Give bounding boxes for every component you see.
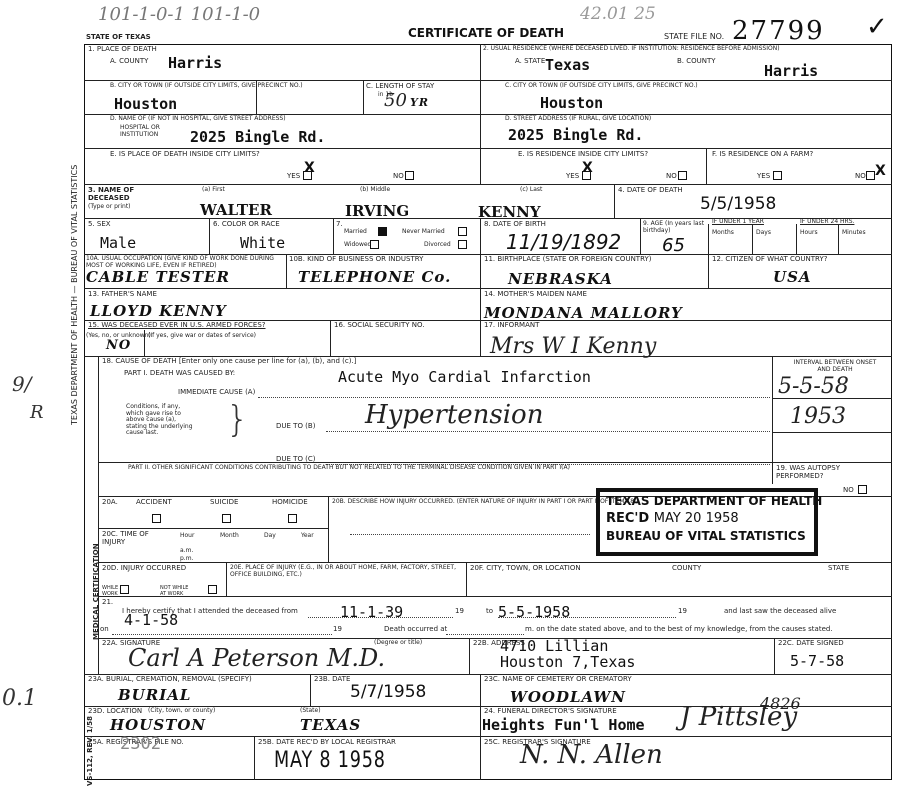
stamp-received-date: MAY 20 1958: [654, 511, 739, 526]
date-signed-label: 22c. DATE SIGNED: [778, 640, 844, 648]
month-label: Month: [220, 533, 239, 540]
location-label: 23d. LOCATION: [88, 708, 142, 716]
burial-date-label: 23b. DATE: [314, 676, 350, 684]
residence-inside-limits-label: e. IS RESIDENCE INSIDE CITY LIMITS?: [518, 151, 648, 159]
accident-label: ACCIDENT: [136, 499, 172, 507]
injury-city-label: 20f. CITY, TOWN, OR LOCATION: [470, 565, 581, 573]
father-label: 13. FATHER'S NAME: [88, 291, 157, 299]
cause-of-death-label: 18. CAUSE OF DEATH [Enter only one cause…: [102, 358, 356, 366]
cemetery: WOODLAWN: [510, 688, 626, 706]
yes-label: YES: [287, 173, 300, 181]
death-inside-limits-label: e. IS PLACE OF DEATH INSIDE CITY LIMITS?: [110, 151, 260, 159]
length-of-stay: 50: [384, 90, 407, 111]
death-city: Houston: [114, 95, 177, 113]
attended-to: 5-5-1958: [498, 603, 570, 621]
never-married-label: Never Married: [402, 229, 445, 236]
injury-state-label: STATE: [828, 565, 849, 573]
year-label: Year: [301, 533, 314, 540]
time-of-injury-label: 20c. TIME OF INJURY: [102, 531, 152, 546]
married-checkbox[interactable]: [378, 227, 387, 236]
place-of-injury-label: 20e. PLACE OF INJURY (e.g., in or about …: [230, 565, 462, 578]
death-city-label: b. CITY OR TOWN (If outside city limits,…: [110, 83, 303, 90]
attended-from: 11-1-39: [340, 603, 403, 621]
autopsy-label: 19. WAS AUTOPSY PERFORMED?: [776, 465, 886, 480]
autopsy-no-checkbox[interactable]: [858, 485, 867, 494]
date-signed: 5-7-58: [790, 652, 844, 670]
while-at-work-checkbox[interactable]: [120, 585, 129, 594]
stamp-received-label: REC'D: [606, 511, 649, 526]
margin-note: 9/: [12, 372, 31, 396]
injury-occurred-label: 20d. INJURY OCCURRED: [102, 565, 186, 573]
department-vertical-text: TEXAS DEPARTMENT OF HEALTH — BUREAU OF V…: [70, 165, 79, 425]
under-year-label: IF UNDER 1 YEAR: [712, 219, 764, 226]
date-of-birth-label: 8. DATE OF BIRTH: [484, 221, 546, 229]
first-name: WALTER: [200, 201, 272, 219]
yes-label: YES: [566, 173, 579, 181]
check-mark-icon: ✓: [866, 12, 888, 42]
funeral-home: Heights Fun'l Home: [482, 716, 645, 734]
address-line-2: Houston 7,Texas: [500, 653, 635, 671]
local-registrar-date-label: 25b. DATE REC'D BY LOCAL REGISTRAR: [258, 739, 396, 747]
death-county: Harris: [168, 54, 222, 72]
armed-forces: NO: [106, 338, 131, 353]
page-title: CERTIFICATE OF DEATH: [408, 26, 564, 40]
middle-name-label: (b) Middle: [360, 187, 390, 194]
homicide-label: HOMICIDE: [272, 499, 308, 507]
county-label: a. COUNTY: [110, 58, 148, 66]
length-of-stay-unit: YR: [410, 96, 429, 109]
yes-label: YES: [757, 173, 770, 181]
autopsy-no-label: NO: [843, 487, 854, 495]
certification-end-text: m. on the date stated above, and to the …: [525, 626, 833, 634]
hospital-label-2: HOSPITAL OR INSTITUTION: [120, 125, 168, 138]
last-saw-text: and last saw the deceased alive: [724, 608, 836, 616]
accident-checkbox[interactable]: [152, 514, 161, 523]
due-to-b: Hypertension: [365, 400, 543, 430]
stamp-line-1: TEXAS DEPARTMENT OF HEALTH: [606, 494, 808, 508]
farm-yes-checkbox[interactable]: [773, 171, 782, 180]
no-label: NO: [855, 173, 866, 181]
due-to-b-label: DUE TO (b): [276, 423, 315, 431]
interval-b: 1953: [790, 404, 846, 429]
usual-residence-label: 2. USUAL RESIDENCE (Where deceased lived…: [483, 46, 780, 53]
suicide-checkbox[interactable]: [222, 514, 231, 523]
citizen: USA: [773, 268, 812, 286]
street-address-label: d. STREET ADDRESS (If rural, give locati…: [505, 116, 651, 123]
immediate-cause-label: IMMEDIATE CAUSE (a): [178, 389, 255, 397]
birthplace: NEBRASKA: [508, 270, 613, 288]
date-of-death-label: 4. DATE OF DEATH: [618, 187, 683, 195]
minutes-label: Minutes: [842, 230, 866, 237]
last-name-label: (c) Last: [520, 187, 542, 194]
widowed-checkbox[interactable]: [370, 240, 379, 249]
widowed-label: Widowed: [344, 242, 371, 249]
immediate-cause: Acute Myo Cardial Infarction: [338, 368, 591, 386]
father-name: LLOYD KENNY: [90, 302, 227, 320]
registrar-file-no: 2302: [120, 734, 161, 754]
hours-label: Hours: [800, 230, 818, 237]
marital-label: 7.: [336, 221, 343, 229]
location-state: TEXAS: [300, 716, 361, 734]
race-label: 6. COLOR OR RACE: [213, 221, 280, 229]
stamp-line-3: BUREAU OF VITAL STATISTICS: [606, 529, 808, 543]
part2-label: PART II. OTHER SIGNIFICANT CONDITIONS CO…: [128, 465, 570, 472]
to-label: to: [486, 608, 493, 616]
residence-county-label: b. COUNTY: [677, 58, 716, 66]
days-label: Days: [756, 230, 771, 237]
am-label: a.m.: [180, 548, 193, 555]
margin-note: R: [30, 402, 44, 423]
first-name-label: (a) First: [202, 187, 225, 194]
under-day-label: IF UNDER 24 HRS.: [800, 219, 854, 226]
date-of-birth: 11/19/1892: [506, 230, 621, 254]
divorced-checkbox[interactable]: [458, 240, 467, 249]
manner-label: 20a.: [102, 499, 118, 507]
street-address: 2025 Bingle Rd.: [508, 126, 643, 144]
hospital-label: d. NAME OF (If not in hospital, give str…: [110, 116, 286, 123]
name-hint: (Type or print): [88, 204, 131, 211]
farm-no-checkbox[interactable]: [866, 171, 875, 180]
certification-number: 21.: [102, 599, 113, 607]
divorced-label: Divorced: [424, 242, 451, 249]
burial-type: BURIAL: [118, 686, 191, 704]
year-prefix: 19: [678, 608, 687, 616]
last-seen-date: 4-1-58: [124, 611, 178, 629]
injury-county-label: COUNTY: [672, 565, 701, 573]
farm-label: f. IS RESIDENCE ON A FARM?: [712, 151, 813, 159]
suicide-label: SUICIDE: [210, 499, 238, 507]
citizen-label: 12. CITIZEN OF WHAT COUNTRY?: [712, 256, 827, 264]
registrar-signature: N. N. Allen: [520, 740, 663, 770]
burial-date: 5/7/1958: [350, 682, 426, 702]
year-prefix: 19: [455, 608, 464, 616]
residence-state: Texas: [545, 56, 590, 74]
death-inside-limits-no-checkbox[interactable]: [405, 171, 414, 180]
residence-county: Harris: [764, 62, 818, 80]
months-label: Months: [712, 230, 734, 237]
state-file-label: STATE FILE NO.: [664, 33, 724, 42]
residence-city: Houston: [540, 94, 603, 112]
interval-a: 5-5-58: [778, 374, 849, 399]
pencil-code-center: 42.01 25: [580, 4, 656, 24]
hour-label: Hour: [180, 533, 194, 540]
state-label: STATE OF TEXAS: [86, 34, 151, 42]
interval-label: INTERVAL BETWEEN ONSET AND DEATH: [790, 360, 880, 373]
residence-state-label: a. STATE: [515, 58, 545, 66]
funeral-director-label: 24. FUNERAL DIRECTOR'S SIGNATURE: [484, 708, 617, 716]
margin-note: 0.1: [2, 686, 37, 711]
received-stamp: TEXAS DEPARTMENT OF HEALTH REC'D MAY 20 …: [596, 488, 818, 556]
year-prefix: 19: [333, 626, 342, 634]
funeral-note: 4826: [760, 694, 801, 713]
homicide-checkbox[interactable]: [288, 514, 297, 523]
not-while-at-work-checkbox[interactable]: [208, 585, 217, 594]
state-hint: (State): [300, 708, 321, 715]
conditions-note: Conditions, if any, which gave rise to a…: [126, 404, 198, 437]
state-file-number: 27799: [732, 16, 825, 46]
sex-label: 5. SEX: [88, 221, 111, 229]
business: TELEPHONE Co.: [298, 268, 451, 286]
ssn-label: 16. SOCIAL SECURITY NO.: [334, 322, 424, 330]
residence-inside-limits-no-checkbox[interactable]: [678, 171, 687, 180]
on-label: on: [100, 626, 109, 634]
birthplace-label: 11. BIRTHPLACE (State or foreign country…: [484, 256, 652, 264]
place-of-death-label: 1. PLACE OF DEATH: [88, 46, 157, 54]
name-label: 3. NAME OF DECEASED: [88, 187, 138, 202]
day-label: Day: [264, 533, 276, 540]
residence-city-label: c. CITY OR TOWN (If outside city limits,…: [505, 83, 698, 90]
pencil-code-left: 101-1-0-1 101-1-0: [98, 4, 260, 25]
hospital-address: 2025 Bingle Rd.: [190, 128, 325, 146]
no-label: NO: [393, 173, 404, 181]
business-label: 10b. KIND OF BUSINESS OR INDUSTRY: [289, 256, 423, 264]
age: 65: [662, 235, 685, 256]
cemetery-label: 23c. NAME OF CEMETERY OR CREMATORY: [484, 676, 632, 684]
death-occurred-text: Death occurred at: [384, 626, 447, 634]
mother-label: 14. MOTHER'S MAIDEN NAME: [484, 291, 587, 299]
informant-label: 17. INFORMANT: [484, 322, 539, 330]
part1-label: PART I. DEATH WAS CAUSED BY:: [124, 370, 235, 378]
married-label: Married: [344, 229, 367, 236]
date-of-death: 5/5/1958: [700, 194, 776, 214]
burial-label: 23a. BURIAL, CREMATION, REMOVAL (Specify…: [88, 676, 252, 684]
age-label: 9. AGE (In years last birthday): [643, 221, 707, 234]
location-hint: (City, town, or county): [148, 708, 215, 715]
armed-forces-label: 15. WAS DECEASED EVER IN U.S. ARMED FORC…: [88, 322, 266, 330]
armed-forces-hint-2: (If yes, give war or dates of service): [148, 333, 256, 340]
race: White: [240, 234, 285, 252]
occupation: CABLE TESTER: [86, 268, 230, 286]
local-registrar-date: MAY 8 1958: [274, 748, 386, 773]
no-label: NO: [666, 173, 677, 181]
never-married-checkbox[interactable]: [458, 227, 467, 236]
describe-injury-label: 20b. DESCRIBE HOW INJURY OCCURRED. (Ente…: [332, 499, 638, 506]
sex: Male: [100, 234, 136, 252]
physician-signature: Carl A Peterson M.D.: [128, 644, 385, 672]
location-city: HOUSTON: [110, 716, 206, 734]
